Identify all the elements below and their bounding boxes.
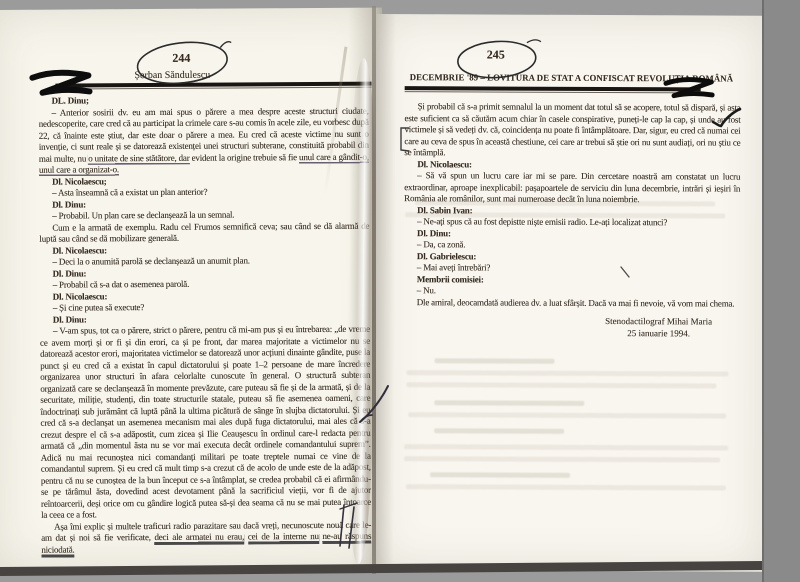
dialog-text-left: DL. Dinu;– Anterior sosirii dv. eu am ma…: [39, 94, 372, 556]
text-segment: – Și cine putea să execute?: [53, 302, 144, 313]
dialog-paragraph: Așa îmi explic și multele traficuri radi…: [41, 519, 371, 556]
text-segment: Dl. Nicolaescu:: [53, 291, 108, 301]
dialog-paragraph: – V-am spus, tot ca o părere, strict o p…: [40, 324, 371, 522]
text-segment: Dl. Nicolaescu;: [52, 176, 107, 186]
margin-double-tick-mark: [338, 500, 360, 550]
show-through-line: [434, 400, 584, 406]
show-through-line: [406, 382, 716, 388]
show-through-line: [408, 412, 726, 418]
page-left-244: 244 Șerban Săndulescu DL. Dinu;– Anterio…: [0, 8, 385, 570]
signature-block: Stenodactilograf Mihai Maria 25 ianuarie…: [575, 315, 743, 340]
signature-date: 25 ianuarie 1994.: [575, 327, 743, 340]
show-through-line: [404, 456, 720, 462]
text-segment: – Da, ca zonă.: [417, 239, 465, 249]
text-segment: Membrii comisiei:: [417, 274, 484, 284]
text-segment: – Deci la o anumită parolă se declanșeaz…: [53, 255, 250, 266]
text-segment: evident la origine trebuie să fie: [189, 152, 299, 163]
handwritten-circle-244: [132, 36, 232, 91]
dialog-speaker: Membrii comisiei:: [417, 274, 740, 287]
text-segment: – Să vă spun un lucru care iar mi se par…: [404, 170, 740, 204]
text-segment: Cum e la armată de exemplu. Radu cel Fru…: [39, 220, 369, 244]
text-segment: Dl. Dinu:: [53, 268, 87, 278]
underlined-text: o unitate de sine stătătore, dar: [88, 152, 189, 163]
text-segment: – Probabil că s-a dat o asemenea parolă.: [53, 279, 190, 290]
margin-bracket-mark: [398, 126, 411, 153]
margin-check-mark: [711, 107, 743, 131]
show-through-line: [430, 472, 570, 478]
page-right-245: 245 DECEMBRIE '89 – LOVITURA DE STAT A C…: [374, 14, 766, 572]
header-rule-right: [405, 86, 701, 91]
small-slash-mark: [618, 265, 632, 280]
show-through-line: [434, 428, 564, 434]
z-swoosh-right-icon: [663, 74, 715, 102]
show-through-line: [434, 358, 554, 364]
dialog-paragraph: Cum e la armată de exemplu. Radu cel Fru…: [39, 220, 369, 245]
text-segment: Dl. Dinu:: [417, 228, 451, 238]
text-segment: Dl. Nicolaescu:: [417, 159, 472, 169]
dialog-paragraph: – Anterior sosirii dv. eu am mai spus o …: [39, 105, 369, 176]
text-segment: Dle amiral, deocamdată audierea dv. a lu…: [417, 297, 735, 308]
z-swoosh-left-icon: [28, 68, 92, 98]
show-through-line: [406, 370, 728, 376]
dialog-paragraph: Și probabil că s-a primit semnalul la un…: [404, 101, 740, 160]
text-segment: – Mai aveți întrebări?: [417, 262, 490, 272]
signature-name: Stenodactilograf Mihai Maria: [575, 315, 743, 328]
handwritten-circle-245: [453, 34, 543, 84]
text-segment: Dl. Dinu:: [52, 199, 86, 209]
text-segment: Dl. Nicolaescu:: [52, 245, 107, 255]
margin-slash-mark: [356, 384, 392, 430]
scanned-book-spread: 244 Șerban Săndulescu DL. Dinu;– Anterio…: [0, 0, 800, 582]
text-segment: – Asta înseamnă că a existat un plan ant…: [52, 187, 207, 198]
text-segment: Dl. Gabrielescu:: [417, 251, 476, 261]
underlined-text: cei de la interne nu: [248, 531, 319, 541]
dialog-paragraph: Dle amiral, deocamdată audierea dv. a lu…: [404, 297, 740, 310]
show-through-line: [406, 484, 726, 490]
text-segment: – Nu.: [417, 285, 436, 295]
show-through-line: [404, 444, 728, 450]
text-segment: Dl. Dinu:: [53, 314, 87, 324]
underlined-text: deci ale armatei nu erau,: [154, 531, 244, 542]
text-segment: – V-am spus, tot ca o părere, strict o p…: [40, 324, 371, 520]
text-segment: Și probabil că s-a primit semnalul la un…: [404, 101, 740, 157]
text-segment: – Probabil. Un plan care se declanșează …: [52, 210, 234, 221]
scanner-background: [762, 0, 800, 582]
